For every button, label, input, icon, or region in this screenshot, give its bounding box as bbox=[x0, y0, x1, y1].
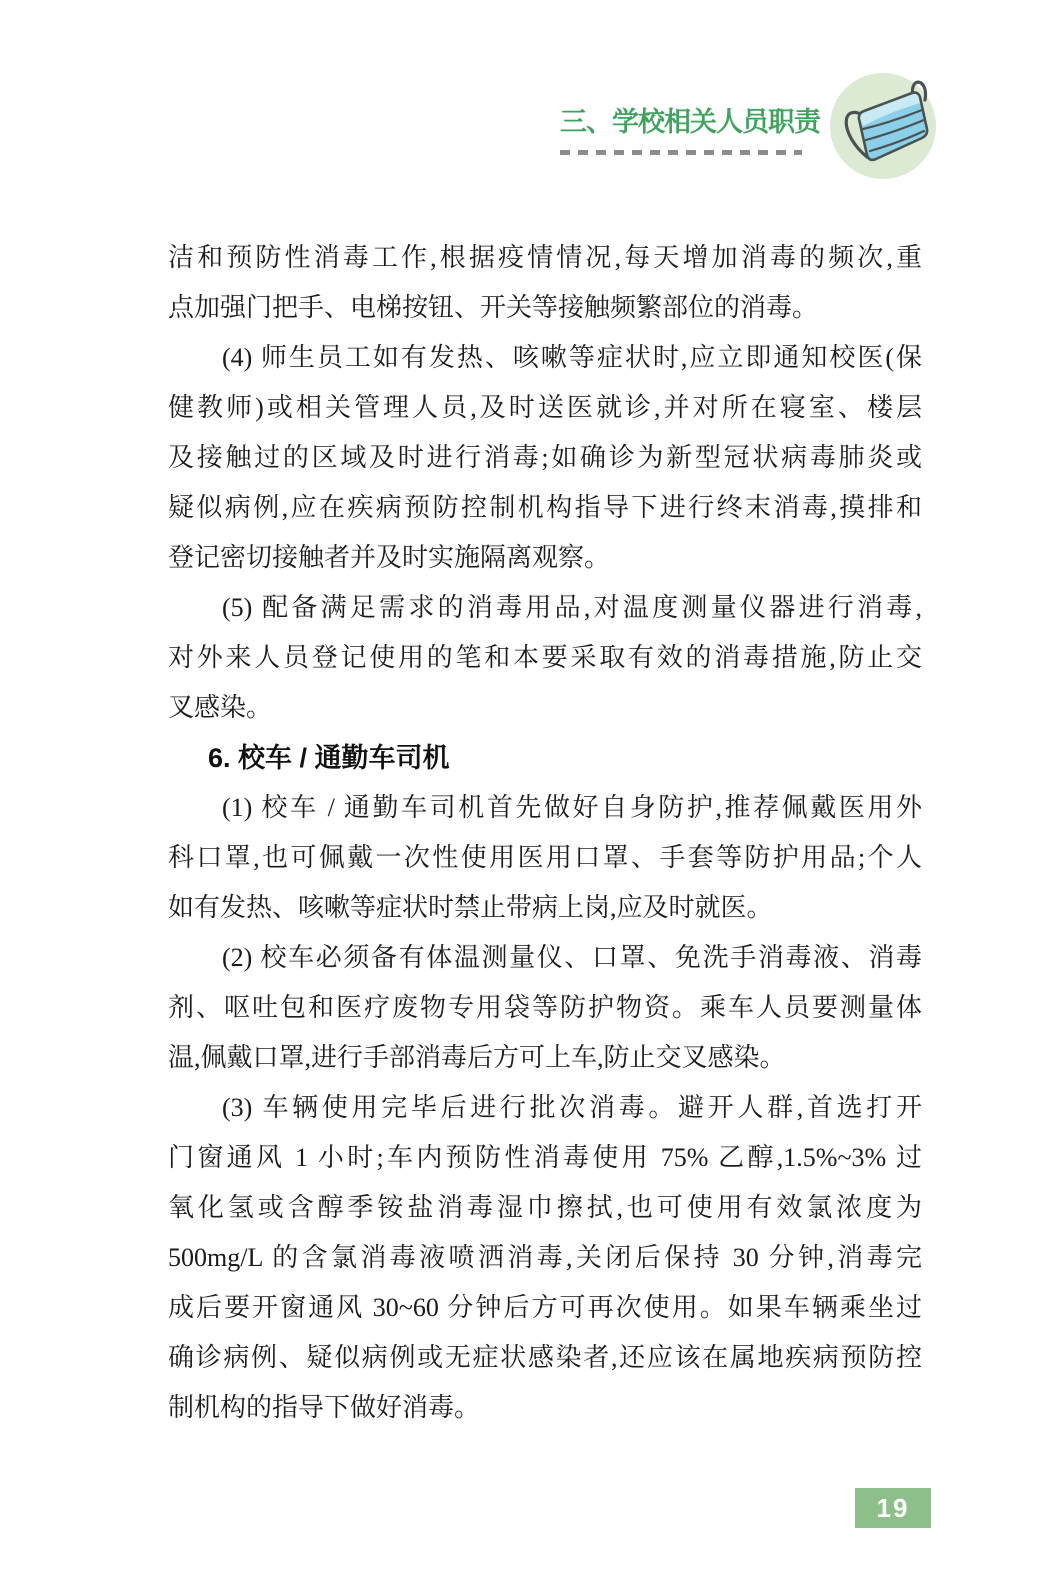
text-line: 洁和预防性消毒工作,根据疫情情况,每天增加消毒的频次,重 bbox=[168, 233, 922, 283]
text-line: (2) 校车必须备有体温测量仪、口罩、免洗手消毒液、消毒 bbox=[168, 933, 922, 983]
text-line: 氧化氢或含醇季铵盐消毒湿巾擦拭,也可使用有效氯浓度为 bbox=[168, 1183, 922, 1233]
text-line: 500mg/L 的含氯消毒液喷洒消毒,关闭后保持 30 分钟,消毒完 bbox=[168, 1233, 922, 1283]
page-body-text: 洁和预防性消毒工作,根据疫情情况,每天增加消毒的频次,重点加强门把手、电梯按钮、… bbox=[168, 233, 922, 1433]
text-line: (3) 车辆使用完毕后进行批次消毒。避开人群,首选打开 bbox=[168, 1083, 922, 1133]
text-line: (4) 师生员工如有发热、咳嗽等症状时,应立即通知校医(保 bbox=[168, 333, 922, 383]
page-number: 19 bbox=[877, 1493, 910, 1524]
text-line: (5) 配备满足需求的消毒用品,对温度测量仪器进行消毒, bbox=[168, 583, 922, 633]
section-heading: 6. 校车 / 通勤车司机 bbox=[168, 733, 922, 783]
text-line: 对外来人员登记使用的笔和本要采取有效的消毒措施,防止交 bbox=[168, 633, 922, 683]
text-line: 健教师)或相关管理人员,及时送医就诊,并对所在寝室、楼层 bbox=[168, 383, 922, 433]
chapter-title: 三、学校相关人员职责 bbox=[560, 104, 820, 140]
dashed-divider bbox=[560, 150, 802, 155]
text-line: 剂、呕吐包和医疗废物专用袋等防护物资。乘车人员要测量体 bbox=[168, 983, 922, 1033]
text-line: 温,佩戴口罩,进行手部消毒后方可上车,防止交叉感染。 bbox=[168, 1033, 922, 1083]
chapter-header: 三、学校相关人员职责 bbox=[0, 0, 1058, 200]
text-line: 叉感染。 bbox=[168, 683, 922, 733]
text-line: 登记密切接触者并及时实施隔离观察。 bbox=[168, 533, 922, 583]
text-line: 成后要开窗通风 30~60 分钟后方可再次使用。如果车辆乘坐过 bbox=[168, 1283, 922, 1333]
text-line: (1) 校车 / 通勤车司机首先做好自身防护,推荐佩戴医用外 bbox=[168, 783, 922, 833]
text-line: 制机构的指导下做好消毒。 bbox=[168, 1383, 922, 1433]
text-line: 门窗通风 1 小时;车内预防性消毒使用 75% 乙醇,1.5%~3% 过 bbox=[168, 1133, 922, 1183]
text-line: 科口罩,也可佩戴一次性使用医用口罩、手套等防护用品;个人 bbox=[168, 833, 922, 883]
text-line: 及接触过的区域及时进行消毒;如确诊为新型冠状病毒肺炎或 bbox=[168, 433, 922, 483]
text-line: 如有发热、咳嗽等症状时禁止带病上岗,应及时就医。 bbox=[168, 883, 922, 933]
surgical-mask-icon bbox=[826, 69, 940, 183]
text-line: 点加强门把手、电梯按钮、开关等接触频繁部位的消毒。 bbox=[168, 283, 922, 333]
text-line: 确诊病例、疑似病例或无症状感染者,还应该在属地疾病预防控 bbox=[168, 1333, 922, 1383]
page-number-badge: 19 bbox=[855, 1488, 931, 1528]
text-line: 疑似病例,应在疾病预防控制机构指导下进行终末消毒,摸排和 bbox=[168, 483, 922, 533]
